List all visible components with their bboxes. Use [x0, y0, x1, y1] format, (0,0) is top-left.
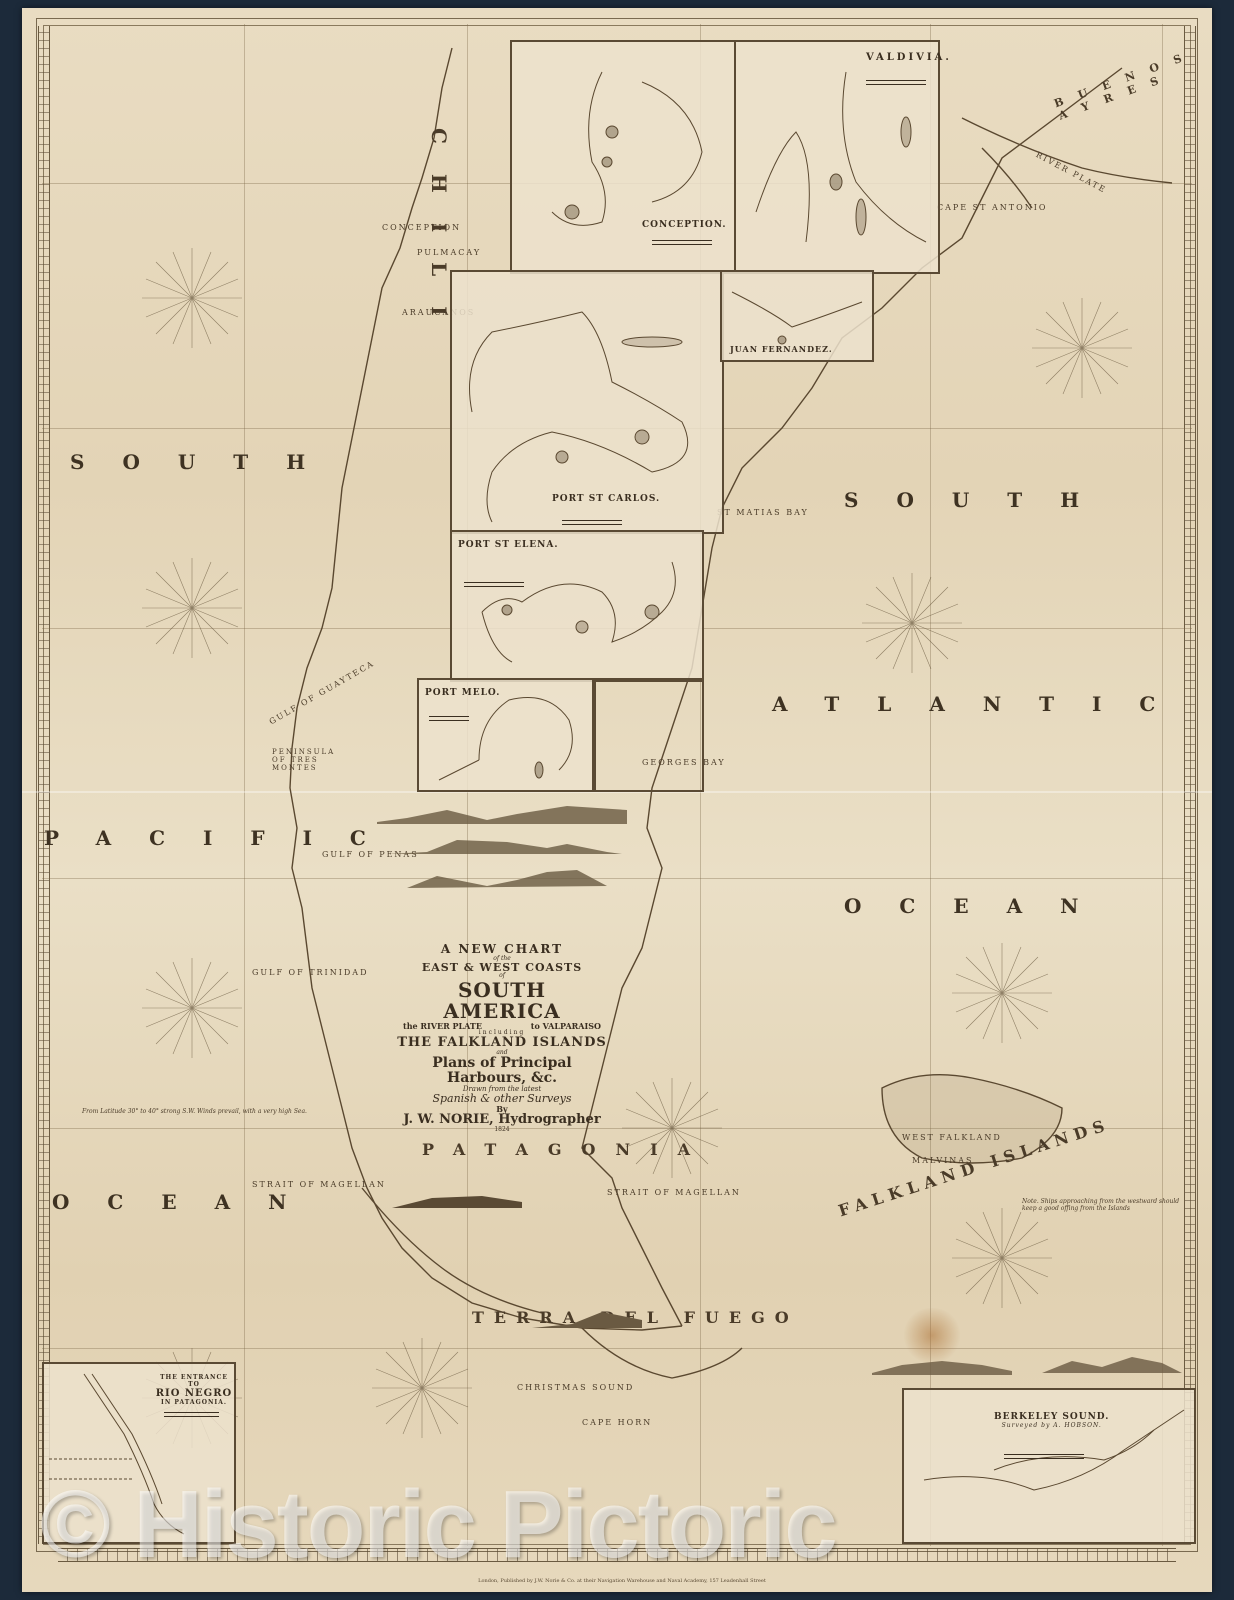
falkland-note: Note. Ships approaching from the westwar… — [1022, 1198, 1182, 1212]
scale-bar — [464, 582, 524, 587]
label-ocean-west: OCEAN — [52, 1190, 324, 1214]
inset-valdivia: VALDIVIA. — [734, 40, 940, 274]
scale-bar — [652, 240, 712, 245]
scale-bar — [562, 520, 622, 525]
label-malvinas: MALVINAS — [912, 1156, 974, 1165]
label-st-matias-bay: ST MATIAS BAY — [717, 508, 809, 517]
patagonia-profile-view — [392, 1194, 522, 1208]
watermark: © Historic Pictoric — [40, 1470, 1190, 1570]
cartouche-line-harbours: Plans of Principal Harbours, &c. — [397, 1056, 607, 1085]
cartouche-line-falklands: THE FALKLAND ISLANDS — [377, 1036, 627, 1050]
publisher-imprint: London, Published by J.W. Norie & Co. at… — [322, 1578, 922, 1584]
scale-bar — [429, 716, 469, 721]
inset-title-port-melo: PORT MELO. — [425, 688, 500, 698]
coastal-profile-views — [367, 800, 637, 910]
inset-juan-fernandez: JUAN FERNANDEZ. — [720, 270, 874, 362]
label-cape-horn: CAPE HORN — [582, 1418, 652, 1427]
label-south-pacific-south: SOUTH — [70, 450, 343, 474]
port-st-elena-map — [452, 532, 702, 680]
wind-note: From Latitude 30° to 40° strong S.W. Win… — [82, 1108, 307, 1115]
cartouche-line-south-america: SOUTH AMERICA — [397, 980, 607, 1022]
inset-title-berkeley-sound: BERKELEY SOUND. Surveyed by A. HOBSON. — [994, 1412, 1109, 1429]
inset-concepcion: CONCEPTION. — [510, 40, 736, 274]
label-south-atlantic-south: SOUTH — [844, 488, 1117, 512]
label-pulmacay: PULMACAY — [417, 248, 481, 257]
inset-title-rio-negro: THE ENTRANCE TO RIO NEGRO IN PATAGONIA. — [154, 1374, 234, 1406]
valdivia-harbour-map — [736, 42, 938, 272]
inset-port-st-elena: PORT ST ELENA. — [450, 530, 704, 682]
port-st-carlos-map — [452, 272, 722, 532]
label-peninsula-tres-montes: PENINSULA OF TRES MONTES — [272, 748, 342, 772]
scale-bar — [866, 80, 926, 85]
cartouche-line-author: J. W. NORIE, Hydrographer — [397, 1113, 607, 1127]
label-strait-of-magellan-west: STRAIT OF MAGELLAN — [252, 1180, 386, 1189]
paper-stain — [902, 1308, 962, 1363]
label-atlantic: ATLANTIC — [772, 692, 1193, 716]
concepcion-bay-map — [512, 42, 734, 272]
inset-title-port-st-carlos: PORT ST CARLOS. — [552, 494, 660, 504]
inset-port-melo: PORT MELO. — [417, 678, 596, 792]
label-west-falkland: WEST FALKLAND — [902, 1133, 1002, 1142]
inset-title-concepcion: CONCEPTION. — [642, 220, 727, 230]
label-gulf-of-trinidad: GULF OF TRINIDAD — [252, 968, 368, 977]
cape-pillar-profile-view — [532, 1308, 642, 1328]
scale-bar — [1004, 1454, 1084, 1459]
scale-bar — [164, 1412, 219, 1417]
inset-blank-panel — [592, 678, 704, 792]
title-cartouche: A NEW CHART of the EAST & WEST COASTS of… — [397, 943, 607, 1173]
label-cape-st-antonio: CAPE ST ANTONIO — [937, 203, 1047, 212]
cartouche-line-new-chart: A NEW CHART — [397, 943, 607, 956]
label-ocean-east: OCEAN — [844, 894, 1116, 918]
label-pacific: PACIFIC — [44, 826, 404, 850]
map-sheet: SOUTH PACIFIC OCEAN SOUTH ATLANTIC OCEAN… — [22, 8, 1212, 1592]
inset-title-valdivia: VALDIVIA. — [866, 52, 952, 63]
label-concepcion: CONCEPTION — [382, 223, 461, 232]
inset-title-port-st-elena: PORT ST ELENA. — [458, 540, 558, 550]
label-strait-of-magellan-east: STRAIT OF MAGELLAN — [607, 1188, 741, 1197]
label-christmas-sound: CHRISTMAS SOUND — [517, 1383, 634, 1392]
inset-port-st-carlos: PORT ST CARLOS. — [450, 270, 724, 534]
inset-title-juan-fernandez: JUAN FERNANDEZ. — [730, 344, 833, 354]
